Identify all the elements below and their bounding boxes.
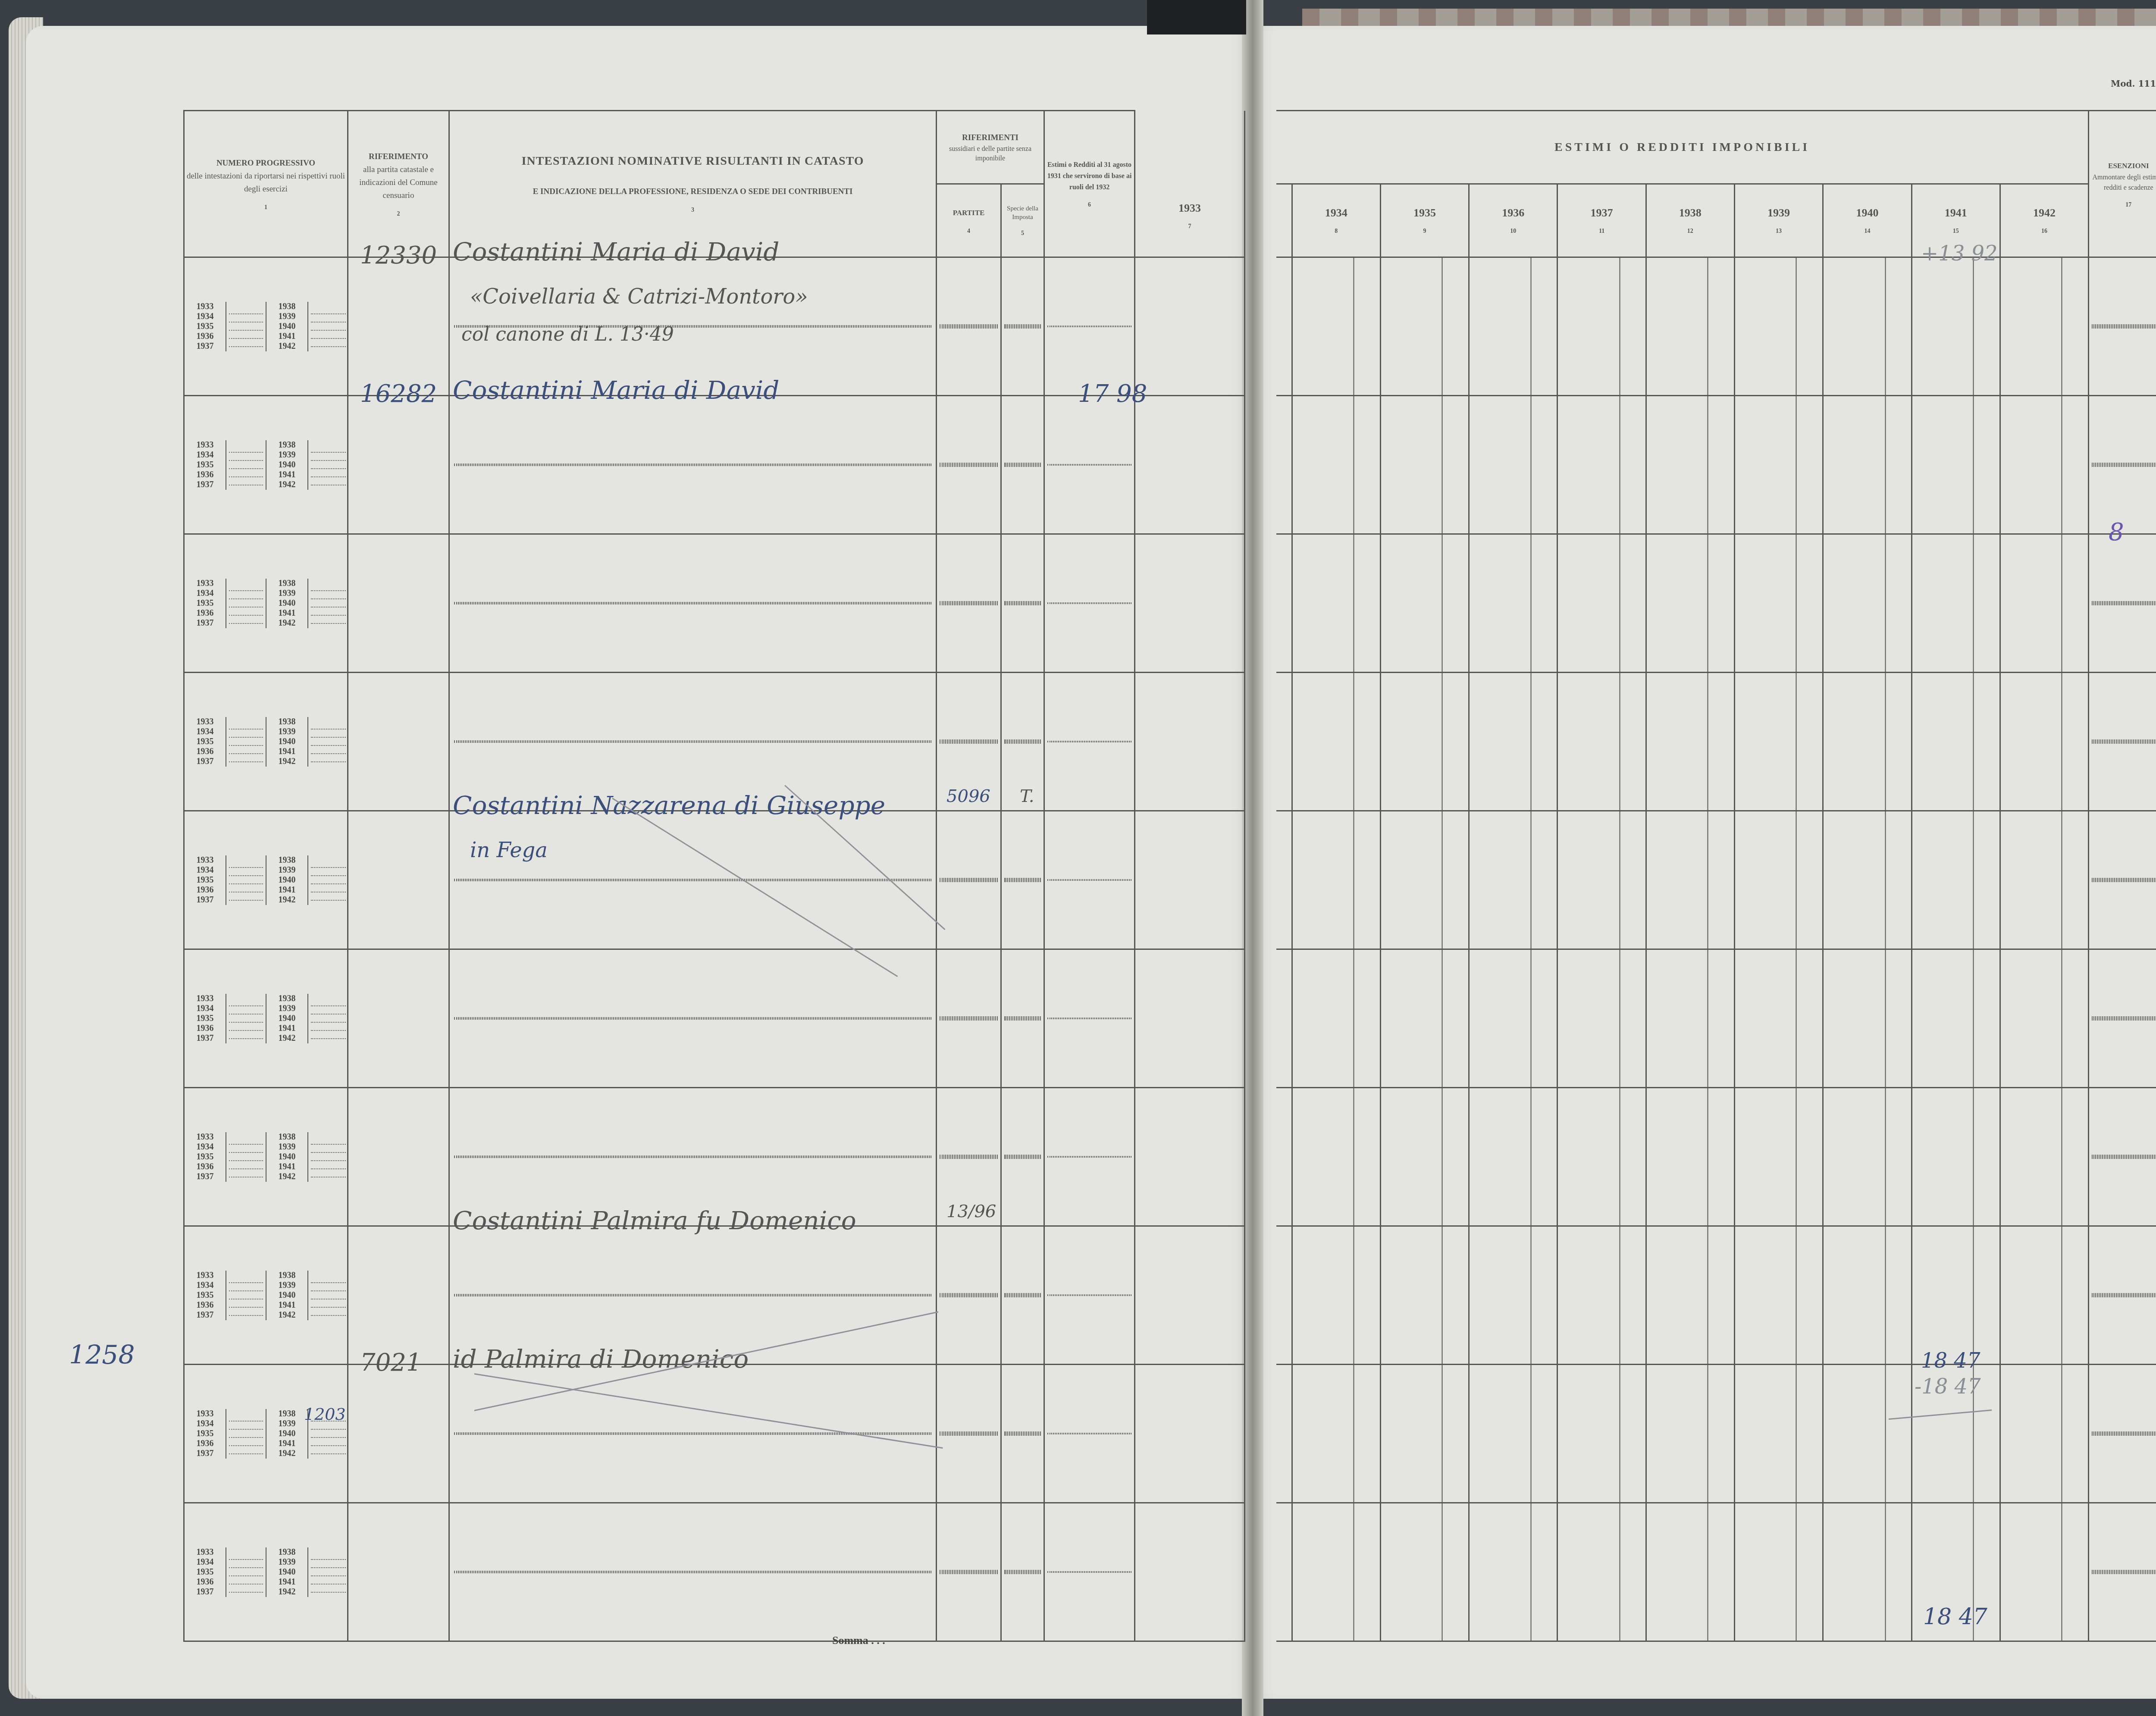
estimo-1932-cell [1044, 811, 1135, 949]
year-1940-value-cell [1823, 1088, 1912, 1226]
progressive-number-cell: 1933193419351936193719381939194019411942 [184, 257, 348, 396]
register-entry-row: 1933193419351936193719381939194019411942 [184, 1365, 1245, 1503]
col2-title: RIFERIMENTO [348, 150, 448, 163]
margin-cell [1276, 1226, 1292, 1365]
year-1934-value-cell [1292, 257, 1380, 396]
year-1937-value-cell [1557, 811, 1646, 949]
year-1939-value-cell [1734, 811, 1823, 949]
year-1933-cell [1135, 811, 1245, 949]
register-entry-row: 1933193419351936193719381939194019411942 [184, 949, 1245, 1088]
header-year-1939: 193913 [1734, 184, 1823, 257]
year-1936-value-cell [1469, 1503, 1557, 1641]
year-1936-value-cell [1469, 949, 1557, 1088]
esenzioni-cell [2089, 534, 2156, 673]
partita-number: 16282 [360, 380, 437, 408]
year-1935-value-cell [1380, 257, 1469, 396]
contributor-line-2: «Coivellaria & Catrizi-Montoro» [470, 285, 808, 309]
year-labels-left: 19331934193519361937 [185, 579, 226, 628]
year-1934-value-cell [1292, 1365, 1380, 1503]
register-entry-row-right [1276, 534, 2156, 673]
year-labels-left: 19331934193519361937 [185, 1271, 226, 1320]
year-labels-right: 19381939194019411942 [266, 1271, 307, 1320]
year-col-number: 14 [1824, 228, 1911, 235]
contributor-name: id Palmira di Domenico [453, 1344, 749, 1374]
estimo-1932-cell [1044, 1365, 1135, 1503]
year-1935-value-cell [1380, 949, 1469, 1088]
year-1939-value-cell [1734, 534, 1823, 673]
year-1939-value-cell [1734, 1226, 1823, 1365]
year-1937-value-cell [1557, 1365, 1646, 1503]
year-1940-value-cell [1823, 811, 1912, 949]
register-entry-row: 1933193419351936193719381939194019411942 [184, 673, 1245, 811]
margin-cell [1276, 1365, 1292, 1503]
year-label: 1939 [1735, 207, 1822, 219]
header-numero-progressivo: NUMERO PROGRESSIVO delle intestazioni da… [184, 111, 348, 257]
header-year-1935: 19359 [1380, 184, 1469, 257]
specie-cell [1001, 534, 1044, 673]
year-1937-value-cell [1557, 1226, 1646, 1365]
year-1934-value-cell [1292, 534, 1380, 673]
year-1941-value-cell [1912, 811, 2000, 949]
header-partite: PARTITE 4 [937, 184, 1001, 257]
header-riferimenti: RIFERIMENTI sussidiari e delle partite s… [937, 111, 1044, 184]
year-1934-value-cell [1292, 1503, 1380, 1641]
year-labels-left: 19331934193519361937 [185, 440, 226, 490]
year-1936-value-cell [1469, 811, 1557, 949]
estimo-1932-cell [1044, 673, 1135, 811]
year-labels-right: 19381939194019411942 [266, 994, 307, 1043]
year-1942-value-cell [2000, 1503, 2088, 1641]
year-1940-value-cell [1823, 949, 1912, 1088]
year-1941-value: 18 47 [1921, 1349, 1980, 1373]
partita-reference-cell [348, 1088, 449, 1226]
name-cell [449, 1365, 937, 1503]
partite-cell [937, 1503, 1001, 1641]
year-1938-value-cell [1646, 1226, 1734, 1365]
year-1942-value-cell [2000, 1226, 2088, 1365]
year-col-number: 13 [1735, 228, 1822, 235]
year-1933-cell [1135, 1226, 1245, 1365]
year-labels-left: 19331934193519361937 [185, 1132, 226, 1182]
partite-value: 13/96 [946, 1202, 996, 1221]
year-1937-value-cell [1557, 949, 1646, 1088]
col3-subtitle: E INDICAZIONE DELLA PROFESSIONE, RESIDEN… [450, 185, 936, 198]
specie-cell [1001, 1088, 1044, 1226]
name-cell [449, 811, 937, 949]
register-entry-row-right [1276, 811, 2156, 949]
year-labels-right: 19381939194019411942 [266, 579, 307, 628]
margin-cell [1276, 1503, 1292, 1641]
contributor-name: Costantini Nazzarena di Giuseppe [453, 791, 885, 820]
specie-cell [1001, 1365, 1044, 1503]
year-1940-value-cell [1823, 673, 1912, 811]
year-1942-value-cell [2000, 1088, 2088, 1226]
year-1936-value-cell [1469, 534, 1557, 673]
header-riferimento: RIFERIMENTO alla partita catastale e ind… [348, 111, 449, 257]
year-1940-value-cell [1823, 257, 1912, 396]
year-label: 1937 [1558, 207, 1645, 219]
year-1937-value-cell [1557, 257, 1646, 396]
progressive-number-cell: 1933193419351936193719381939194019411942 [184, 673, 348, 811]
year-1938-value-cell [1646, 949, 1734, 1088]
form-model-text: Mod. 111 - Imposte Dirette [2111, 78, 2156, 89]
col1-subtitle: delle intestazioni da riportarsi nei ris… [185, 170, 347, 196]
estimo-1932-cell [1044, 1226, 1135, 1365]
col1-title: NUMERO PROGRESSIVO [185, 157, 347, 170]
year-col-number: 16 [2001, 228, 2088, 235]
year-1939-value-cell [1734, 949, 1823, 1088]
esenzioni-cell [2089, 396, 2156, 534]
partita-reference-cell [348, 257, 449, 396]
year-1938-value-cell [1646, 1088, 1734, 1226]
year-labels-left: 19331934193519361937 [185, 855, 226, 905]
year-1938-value-cell [1646, 1503, 1734, 1641]
year-1942-value-cell [2000, 949, 2088, 1088]
form-model-label: Mod. 111 - Imposte Dirette (Intercalare)… [2111, 78, 2156, 89]
col4-number: 4 [937, 228, 1000, 235]
year-1937-value-cell [1557, 396, 1646, 534]
year-1942-value-cell [2000, 396, 2088, 534]
col2-subtitle: alla partita catastale e indicazioni del… [348, 163, 448, 202]
col7-title: 1933 [1135, 202, 1244, 215]
year-1935-value-cell [1380, 1503, 1469, 1641]
margin-cell [1276, 396, 1292, 534]
year-col-number: 15 [1912, 228, 1999, 235]
progressive-number-cell: 1933193419351936193719381939194019411942 [184, 1365, 348, 1503]
specie-cell [1001, 396, 1044, 534]
header-year-1940: 194014 [1823, 184, 1912, 257]
year-1933-cell [1135, 396, 1245, 534]
year-1938-value-cell [1646, 673, 1734, 811]
year-labels-right: 19381939194019411942 [266, 717, 307, 767]
year-1935-value-cell [1380, 396, 1469, 534]
header-year-1937: 193711 [1557, 184, 1646, 257]
col1-number: 1 [185, 204, 347, 211]
margin-cell [1276, 257, 1292, 396]
partite-cell [937, 257, 1001, 396]
year-1933-cell [1135, 1088, 1245, 1226]
specie-value: T. [1020, 786, 1034, 806]
year-1933-cell [1135, 257, 1245, 396]
year-col-number: 11 [1558, 228, 1645, 235]
year-1936-value-cell [1469, 396, 1557, 534]
year-1934-value-cell [1292, 396, 1380, 534]
year-1938-value-cell [1646, 1365, 1734, 1503]
partite-value: 5096 [946, 786, 990, 806]
register-entry-row-right [1276, 257, 2156, 396]
partite-cell [937, 534, 1001, 673]
year-1935-value-cell [1380, 534, 1469, 673]
year-1941-value-correction: -18 47 [1915, 1375, 1981, 1399]
year-label: 1938 [1647, 207, 1734, 219]
col5-number: 5 [1002, 230, 1044, 237]
year-1938-value-cell [1646, 534, 1734, 673]
name-cell [449, 534, 937, 673]
year-1936-value-cell [1469, 1226, 1557, 1365]
year-1935-value-cell [1380, 1088, 1469, 1226]
contributor-name: Costantini Palmira fu Domenico [453, 1206, 856, 1235]
year-labels-left: 19331934193519361937 [185, 717, 226, 767]
year-1939-value-cell [1734, 673, 1823, 811]
estimo-1932-cell [1044, 534, 1135, 673]
year-label: 1942 [2001, 207, 2088, 219]
year-1938-value-cell [1646, 257, 1734, 396]
partite-cell [937, 811, 1001, 949]
register-entry-row-right [1276, 949, 2156, 1088]
year-labels-right: 19381939194019411942 [266, 302, 307, 351]
year-1939-value-cell [1734, 396, 1823, 534]
partita-reference-cell [348, 534, 449, 673]
register-entry-row-right [1276, 396, 2156, 534]
specie-cell [1001, 949, 1044, 1088]
year-1937-value-cell [1557, 534, 1646, 673]
year-1940-value-cell [1823, 534, 1912, 673]
year-1942-value-cell [2000, 811, 2088, 949]
year-1935-value-cell [1380, 1365, 1469, 1503]
year-1942-value-cell [2000, 257, 2088, 396]
register-entry-row: 1933193419351936193719381939194019411942 [184, 534, 1245, 673]
somma-1941-value: 18 47 [1923, 1604, 1987, 1630]
esenzioni-cell [2089, 949, 2156, 1088]
year-1941-value-cell [1912, 534, 2000, 673]
header-year-1938: 193812 [1646, 184, 1734, 257]
name-cell [449, 1088, 937, 1226]
esenzioni-cell [2089, 1088, 2156, 1226]
year-col-number: 9 [1381, 228, 1468, 235]
register-entry-row: 1933193419351936193719381939194019411942 [184, 1226, 1245, 1365]
progressive-number-cell: 1933193419351936193719381939194019411942 [184, 949, 348, 1088]
year-1941-value-cell [1912, 1226, 2000, 1365]
register-entry-row-right [1276, 1088, 2156, 1226]
name-cell [449, 949, 937, 1088]
name-cell [449, 673, 937, 811]
esenzioni-number: 17 [2089, 202, 2156, 209]
year-1942-value-cell [2000, 534, 2088, 673]
year-labels-right: 19381939194019411942 [266, 855, 307, 905]
year-1940-value-cell [1823, 396, 1912, 534]
partita-reference-cell [348, 1226, 449, 1365]
partita-reference-cell [348, 811, 449, 949]
name-cell [449, 396, 937, 534]
year-labels-right: 19381939194019411942 [266, 1132, 307, 1182]
header-1933: 1933 7 [1135, 111, 1245, 257]
year-label: 1936 [1470, 207, 1557, 219]
year-1933-cell [1135, 534, 1245, 673]
header-year-1942: 194216 [2000, 184, 2088, 257]
year-labels-right: 19381939194019411942 [266, 440, 307, 490]
esenzioni-cell [2089, 811, 2156, 949]
year-1937-value-cell [1557, 1503, 1646, 1641]
estimi-imponibili-title: ESTIMI O REDDITI IMPONIBILI [1276, 141, 2088, 154]
year-1939-value-cell [1734, 1088, 1823, 1226]
year-1933-cell [1135, 1365, 1245, 1503]
year-1941-value-cell [1912, 673, 2000, 811]
year-col-number: 12 [1647, 228, 1734, 235]
partite-cell [937, 949, 1001, 1088]
margin-cell [1276, 1088, 1292, 1226]
register-entry-row-right [1276, 1226, 2156, 1365]
specie-cell [1001, 1503, 1044, 1641]
year-labels-left: 19331934193519361937 [185, 1547, 226, 1597]
progressive-number-cell: 1933193419351936193719381939194019411942 [184, 1503, 348, 1641]
year-1942-value-cell [2000, 1365, 2088, 1503]
year-1937-value-cell [1557, 1088, 1646, 1226]
name-cell [449, 1226, 937, 1365]
year-col-number: 10 [1470, 228, 1557, 235]
contributor-name: Costantini Maria di David [453, 376, 779, 405]
register-entry-row: 1933193419351936193719381939194019411942 [184, 1088, 1245, 1226]
estimo-1932-cell [1044, 257, 1135, 396]
year-labels-left: 19331934193519361937 [185, 994, 226, 1043]
name-cell [449, 1503, 937, 1641]
esenzioni-cell [2089, 257, 2156, 396]
contributor-line-2: in Fega [470, 838, 548, 862]
margin-cell [1276, 534, 1292, 673]
col3-title: INTESTAZIONI NOMINATIVE RISULTANTI IN CA… [450, 154, 936, 168]
year-1934-value-cell [1292, 1226, 1380, 1365]
estimo-1932-value: 17 98 [1078, 380, 1147, 408]
progressive-number-cell: 1933193419351936193719381939194019411942 [184, 534, 348, 673]
year-labels-right: 19381939194019411942 [266, 1547, 307, 1597]
margin-side-number: 1258 [69, 1340, 135, 1370]
partite-cell [937, 1226, 1001, 1365]
year-1936-value-cell [1469, 673, 1557, 811]
year-1941-value-cell [1912, 1088, 2000, 1226]
year-1935-value-cell [1380, 811, 1469, 949]
col6-number: 6 [1045, 202, 1134, 209]
estimo-1932-cell [1044, 1503, 1135, 1641]
col3-number: 3 [450, 207, 936, 214]
col2-number: 2 [348, 211, 448, 218]
margin-cell [1276, 949, 1292, 1088]
margin-cell [1276, 673, 1292, 811]
year-label: 1940 [1824, 207, 1911, 219]
col7-number: 7 [1135, 223, 1244, 230]
somma-label: Somma . . . [832, 1634, 885, 1647]
year-1942-value-cell [2000, 673, 2088, 811]
register-entry-row: 1933193419351936193719381939194019411942 [184, 811, 1245, 949]
year-1941-value-cell [1912, 257, 2000, 396]
partita-reference-cell [348, 1365, 449, 1503]
partite-cell [937, 1365, 1001, 1503]
year-1938-value-cell [1646, 396, 1734, 534]
year-1933-cell [1135, 673, 1245, 811]
year-1934-value-cell [1292, 949, 1380, 1088]
year-1939-value-cell [1734, 257, 1823, 396]
partita-reference-cell [348, 396, 449, 534]
register-entry-row: 1933193419351936193719381939194019411942 [184, 396, 1245, 534]
estimo-1932-cell [1044, 396, 1135, 534]
year-1935-value-cell [1380, 673, 1469, 811]
margin-cell [1276, 811, 1292, 949]
esenzioni-cell [2089, 673, 2156, 811]
partita-number: 12330 [360, 241, 437, 269]
year-1935-value-cell [1380, 1226, 1469, 1365]
specie-cell [1001, 257, 1044, 396]
year-1936-value-cell [1469, 257, 1557, 396]
rif-title: RIFERIMENTI [937, 132, 1044, 144]
bookmark-ribbon [1147, 0, 1246, 34]
header-estimi-1932: Estimi o Redditi al 31 agosto 1931 che s… [1044, 111, 1135, 257]
header-esenzioni: ESENZIONI Ammontare degli estimi o reddi… [2089, 111, 2156, 257]
year-1940-value-cell [1823, 1226, 1912, 1365]
estimo-1932-cell [1044, 1088, 1135, 1226]
register-entry-row-right [1276, 673, 2156, 811]
esenzioni-cell [2089, 1226, 2156, 1365]
header-specie-imposta: Specie della Imposta 5 [1001, 184, 1044, 257]
year-1941-value: +13 92 [1921, 241, 1998, 266]
year-1936-value-cell [1469, 1088, 1557, 1226]
year-label: 1941 [1912, 207, 1999, 219]
year-1941-value-cell [1912, 396, 2000, 534]
partita-reference-cell [348, 949, 449, 1088]
register-entry-row: 1933193419351936193719381939194019411942 [184, 257, 1245, 396]
partite-cell [937, 396, 1001, 534]
right-register-table: ESTIMI O REDDITI IMPONIBILI ESENZIONI Am… [1276, 110, 2156, 1642]
estimo-1932-cell [1044, 949, 1135, 1088]
progressive-number-cell: 1933193419351936193719381939194019411942 [184, 1226, 348, 1365]
progressive-number-cell: 1933193419351936193719381939194019411942 [184, 396, 348, 534]
year-col-number: 8 [1293, 228, 1380, 235]
year-1933-cell [1135, 1503, 1245, 1641]
header-year-1936: 193610 [1469, 184, 1557, 257]
year-labels-left: 19331934193519361937 [185, 1409, 226, 1459]
contributor-line-3: col canone di L. 13·49 [461, 323, 674, 345]
header-spacer [1276, 184, 1292, 257]
header-intestazioni: INTESTAZIONI NOMINATIVE RISULTANTI IN CA… [449, 111, 937, 257]
register-entry-row: 1933193419351936193719381939194019411942 [184, 1503, 1245, 1641]
esenzioni-value: 8 [2109, 518, 2124, 546]
year-label: 1934 [1293, 207, 1380, 219]
esenzioni-title: ESENZIONI [2089, 160, 2156, 172]
esenzioni-cell [2089, 1503, 2156, 1641]
partita-reference-cell [348, 673, 449, 811]
col6-title: Estimi o Redditi al 31 agosto 1931 che s… [1045, 160, 1134, 193]
year-labels-left: 19331934193519361937 [185, 302, 226, 351]
esenzioni-subtitle: Ammontare degli estimi o redditi e scade… [2089, 172, 2156, 193]
year-1941-value-cell [1912, 949, 2000, 1088]
col5-title: Specie della Imposta [1002, 204, 1044, 222]
year-1939-value-cell [1734, 1365, 1823, 1503]
header-year-1934: 19348 [1292, 184, 1380, 257]
partita-number: 7021 [360, 1349, 422, 1377]
register-entry-row-right [1276, 1365, 2156, 1503]
specie-cell [1001, 1226, 1044, 1365]
year-1937-value-cell [1557, 673, 1646, 811]
year-labels-right: 19381939194019411942 [266, 1409, 307, 1459]
year-1938-value-cell [1646, 811, 1734, 949]
header-estimi-imponibili: ESTIMI O REDDITI IMPONIBILI [1276, 111, 2089, 184]
column-note: 1203 [304, 1405, 346, 1424]
progressive-number-cell: 1933193419351936193719381939194019411942 [184, 811, 348, 949]
register-entry-row-right [1276, 1503, 2156, 1641]
partita-reference-cell [348, 1503, 449, 1641]
esenzioni-cell [2089, 1365, 2156, 1503]
year-1940-value-cell [1823, 1503, 1912, 1641]
year-1934-value-cell [1292, 673, 1380, 811]
year-label: 1935 [1381, 207, 1468, 219]
col4-title: PARTITE [937, 207, 1000, 219]
year-1934-value-cell [1292, 811, 1380, 949]
rif-subtitle: sussidiari e delle partite senza imponib… [937, 144, 1044, 163]
year-1934-value-cell [1292, 1088, 1380, 1226]
year-1936-value-cell [1469, 1365, 1557, 1503]
contributor-name: Costantini Maria di David [453, 237, 779, 266]
year-1939-value-cell [1734, 1503, 1823, 1641]
year-1933-cell [1135, 949, 1245, 1088]
specie-cell [1001, 811, 1044, 949]
progressive-number-cell: 1933193419351936193719381939194019411942 [184, 1088, 348, 1226]
